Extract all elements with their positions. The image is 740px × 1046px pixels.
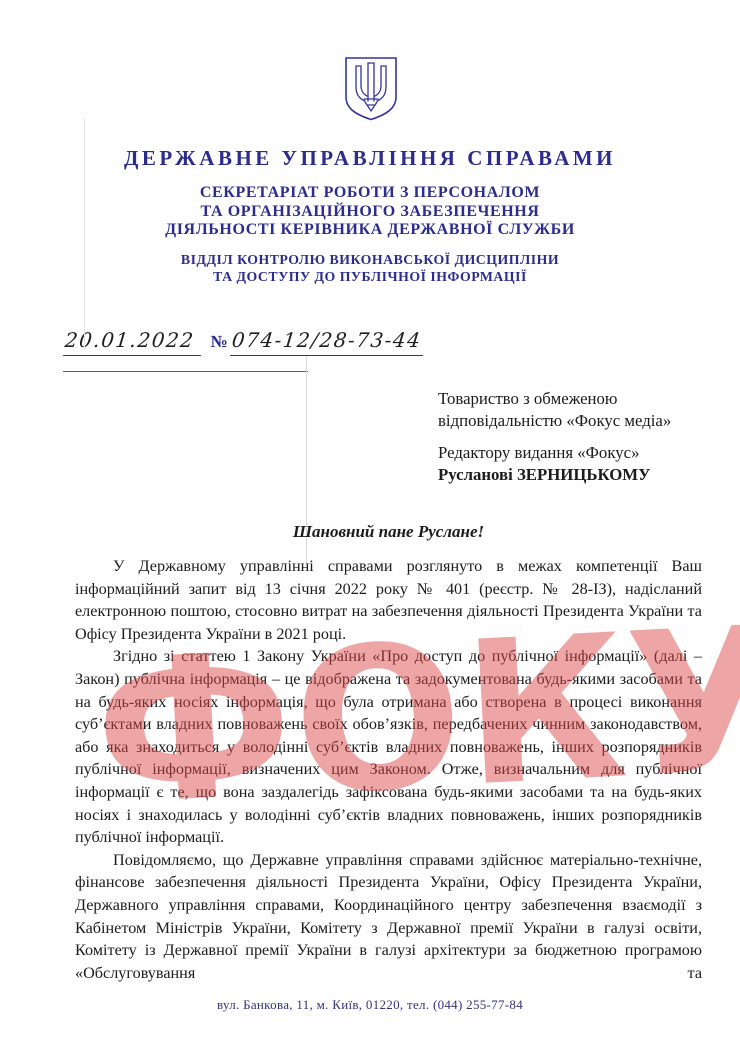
recipient-name: Русланові ЗЕРНИЦЬКОМУ — [438, 464, 671, 486]
body-paragraph-1: У Державному управлінні справами розглян… — [75, 555, 702, 645]
salutation: Шановний пане Руслане! — [75, 522, 702, 542]
secretariat-line-2: ТА ОРГАНІЗАЦІЙНОГО ЗАБЕЗПЕЧЕННЯ — [0, 203, 740, 222]
body-paragraph-2: Згідно зі статтею 1 Закону України «Про … — [75, 645, 702, 848]
recipient-company-line-1: Товариство з обмеженою — [438, 388, 671, 410]
number-sign: № — [211, 332, 228, 351]
recipient-role: Редактору видання «Фокус» — [438, 442, 671, 464]
department-line-2: ТА ДОСТУПУ ДО ПУБЛІЧНОЇ ІНФОРМАЦІЇ — [0, 268, 740, 285]
footer-address: вул. Банкова, 11, м. Київ, 01220, тел. (… — [0, 997, 740, 1013]
reference-line: 20.01.2022№074-12/28-73-44 — [63, 328, 423, 356]
secretariat-line-1: СЕКРЕТАРІАТ РОБОТИ З ПЕРСОНАЛОМ — [0, 184, 740, 203]
recipient-company-line-2: відповідальністю «Фокус медіа» — [438, 410, 671, 432]
handwritten-number: 074-12/28-73-44 — [230, 328, 422, 352]
secretariat-line-3: ДІЯЛЬНОСТІ КЕРІВНИКА ДЕРЖАВНОЇ СЛУЖБИ — [0, 221, 740, 240]
secretariat-title: СЕКРЕТАРІАТ РОБОТИ З ПЕРСОНАЛОМ ТА ОРГАН… — [0, 184, 740, 240]
handwritten-number-underline: 074-12/28-73-44 — [230, 328, 423, 356]
organization-name: ДЕРЖАВНЕ УПРАВЛІННЯ СПРАВАМИ — [0, 146, 740, 171]
scanned-letter-page: ДЕРЖАВНЕ УПРАВЛІННЯ СПРАВАМИ СЕКРЕТАРІАТ… — [0, 0, 740, 1046]
recipient-block: Товариство з обмеженою відповідальністю … — [438, 388, 671, 486]
department-line-1: ВІДДІЛ КОНТРОЛЮ ВИКОНАВСЬКОЇ ДИСЦИПЛІНИ — [0, 251, 740, 268]
recipient-gap — [438, 432, 671, 442]
scan-fold-artifact-left — [84, 118, 85, 350]
body-paragraph-3: Повідомляємо, що Державне управління спр… — [75, 849, 702, 985]
letter-body: У Державному управлінні справами розглян… — [75, 555, 702, 984]
department-title: ВІДДІЛ КОНТРОЛЮ ВИКОНАВСЬКОЇ ДИСЦИПЛІНИ … — [0, 251, 740, 285]
ukraine-trident-emblem-icon — [342, 55, 400, 123]
blank-reference-rule — [63, 371, 308, 372]
